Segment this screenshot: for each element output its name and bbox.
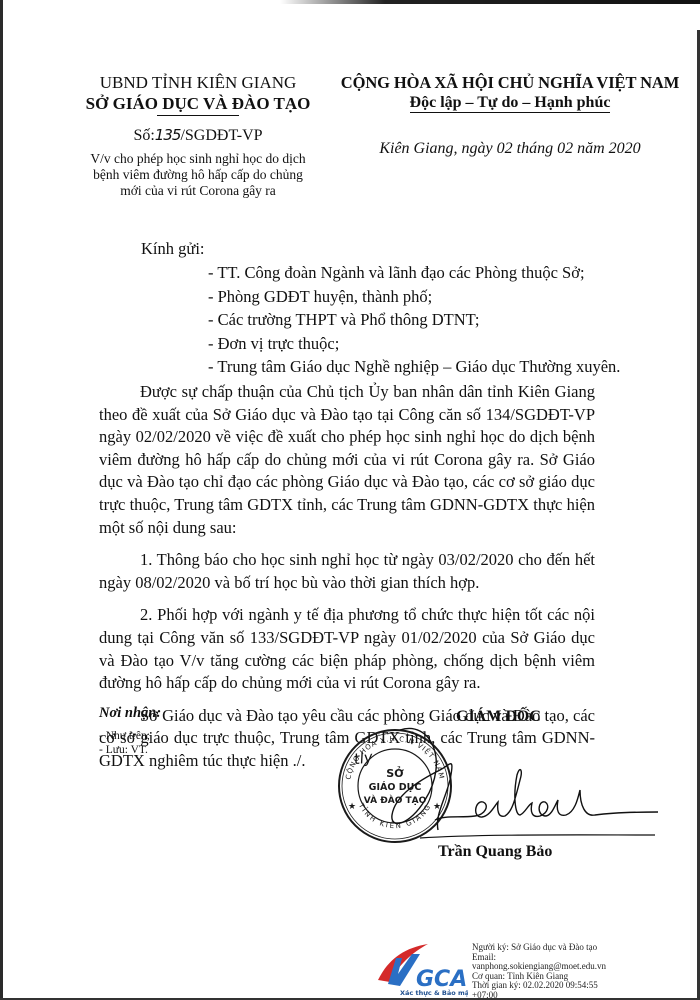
organization-name: SỞ GIÁO DỤC VÀ ĐÀO TẠO (60, 93, 336, 114)
signer-name: Trần Quang Bảo (438, 843, 552, 861)
recipient-item: - Các trường THPT và Phổ thông DTNT; (208, 308, 620, 332)
body-paragraph: Được sự chấp thuận của Chủ tịch Ủy ban n… (99, 381, 595, 539)
recipients-label: Kính gửi: (141, 239, 205, 259)
scan-edge-left (0, 0, 3, 1000)
recipient-item: - Phòng GDĐT huyện, thành phố; (208, 285, 620, 309)
subject-line: bệnh viêm đường hô hấp cấp do chủng (60, 167, 336, 183)
svg-text:★: ★ (348, 801, 356, 811)
digital-signature-info: Người ký: Sở Giáo dục và Đào tạo Email: … (472, 943, 606, 1000)
parent-organization: UBND TỈNH KIÊN GIANG (60, 73, 336, 93)
national-header-block: CỘNG HÒA XÃ HỘI CHỦ NGHĨA VIỆT NAM Độc l… (340, 73, 680, 158)
signed-timezone: +07:00 (472, 991, 606, 1000)
distribution-title: Nơi nhận: (99, 705, 161, 722)
handwritten-signature-icon (380, 720, 680, 855)
scan-edge-top (0, 0, 700, 4)
subject-line: mới của vi rút Corona gây ra (60, 183, 336, 199)
body-paragraph-item-1: 1. Thông báo cho học sinh nghỉ học từ ng… (99, 549, 595, 594)
distribution-list: - Như trên; - Lưu: VT. (99, 729, 161, 757)
number-suffix: /SGDĐT-VP (180, 127, 262, 144)
recipient-item: - Trung tâm Giáo dục Nghề nghiệp – Giáo … (208, 355, 620, 379)
document-subject: V/v cho phép học sinh nghỉ học do dịch b… (60, 151, 336, 199)
organization-underline (157, 115, 239, 116)
distribution-block: Nơi nhận: - Như trên; - Lưu: VT. (99, 705, 161, 757)
handwritten-number: 135 (155, 126, 181, 144)
body-paragraph-item-2: 2. Phối hợp với ngành y tế địa phương tổ… (99, 604, 595, 694)
number-prefix: Số: (133, 127, 154, 144)
recipient-item: - TT. Công đoàn Ngành và lãnh đạo các Ph… (208, 261, 620, 285)
recipient-item: - Đơn vị trực thuộc; (208, 332, 620, 356)
national-motto: Độc lập – Tự do – Hạnh phúc (340, 93, 680, 113)
distribution-item: - Lưu: VT. (99, 743, 161, 757)
distribution-item: - Như trên; (99, 729, 161, 743)
vgca-logo-icon: GCA Xác thực & Bảo mật (368, 940, 468, 998)
issuing-authority-block: UBND TỈNH KIÊN GIANG SỞ GIÁO DỤC VÀ ĐÀO … (60, 73, 336, 199)
place-and-date: Kiên Giang, ngày 02 tháng 02 năm 2020 (340, 140, 680, 158)
document-number: Số:135/SGDĐT-VP (60, 126, 336, 145)
motto-text: Độc lập – Tự do – Hạnh phúc (410, 94, 611, 113)
subject-line: V/v cho phép học sinh nghỉ học do dịch (60, 151, 336, 167)
recipients-list: - TT. Công đoàn Ngành và lãnh đạo các Ph… (208, 261, 620, 379)
national-title: CỘNG HÒA XÃ HỘI CHỦ NGHĨA VIỆT NAM (340, 73, 680, 93)
logo-tagline: Xác thực & Bảo mật (400, 989, 468, 997)
